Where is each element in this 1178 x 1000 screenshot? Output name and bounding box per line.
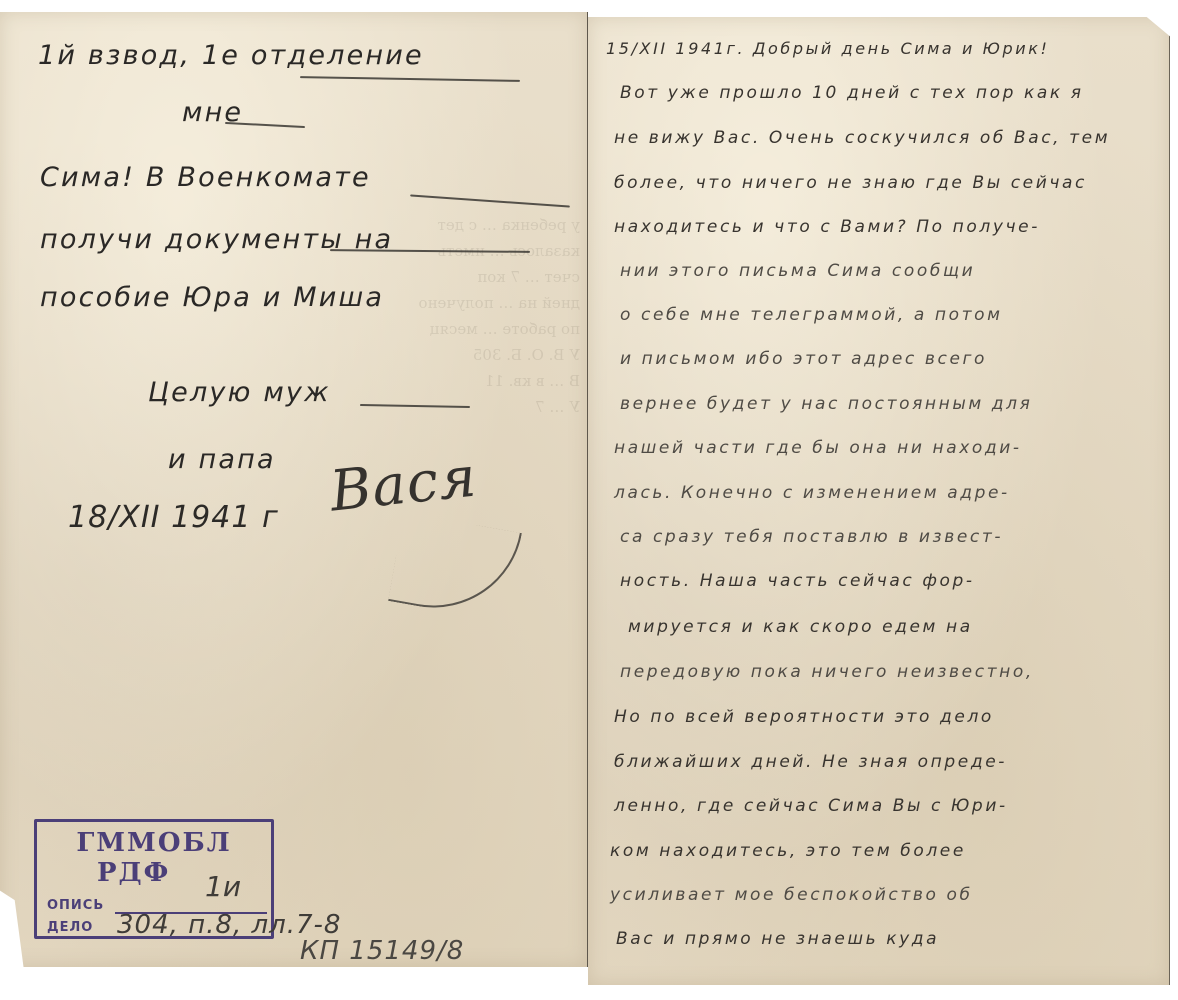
letter-line: передовую пока ничего неизвестно,	[620, 662, 1034, 682]
letter-line: нашей части где бы она ни находи-	[614, 438, 1022, 458]
letter-line: не вижу Вас. Очень соскучился об Вас, те…	[614, 128, 1110, 148]
left-date: 18/XII 1941 г	[68, 500, 279, 535]
signature-flourish	[388, 512, 522, 621]
letter-line: и письмом ибо этот адрес всего	[620, 349, 987, 369]
letter-line: ближайших дней. Не зная опреде-	[614, 752, 1007, 772]
archive-stamp: ГММОБЛ РДФ 1и ОПИСЬ ДЕЛО 304, п.8, лл.7-…	[34, 819, 274, 939]
letter-line: Вот уже прошло 10 дней с тех пор как я	[620, 83, 1084, 103]
letter-line: ность. Наша часть сейчас фор-	[620, 571, 975, 591]
underline-stroke	[300, 76, 520, 82]
left-line-kisses: Целую муж	[148, 377, 331, 408]
stamp-org: ГММОБЛ	[37, 828, 271, 858]
left-line-allowance: пособие Юра и Миша	[40, 282, 384, 313]
stamp-opis-value: 1и	[205, 870, 241, 903]
letter-line: усиливает мое беспокойство об	[610, 885, 973, 905]
right-page: 15/XII 1941г. Добрый день Сима и Юрик! В…	[588, 17, 1170, 985]
letter-line: находитесь и что с Вами? По получе-	[614, 217, 1040, 237]
right-header: 15/XII 1941г. Добрый день Сима и Юрик!	[606, 39, 1050, 58]
left-line-sima: Сима! В Военкомате	[40, 162, 371, 193]
inventory-number: КП 15149/8	[300, 936, 464, 966]
letter-line: нии этого письма Сима сообщи	[620, 261, 975, 281]
letter-line: вернее будет у нас постоянным для	[620, 394, 1032, 414]
underline-stroke	[410, 194, 570, 207]
letter-line: Вас и прямо не знаешь куда	[616, 929, 939, 949]
letter-line: о себе мне телеграммой, а потом	[620, 305, 1003, 325]
stamp-delo-label: ДЕЛО	[47, 920, 93, 935]
letter-line: лась. Конечно с изменением адре-	[614, 483, 1010, 503]
letter-line: ком находитесь, это тем более	[610, 841, 966, 861]
letter-line: более, что ничего не знаю где Вы сейчас	[614, 173, 1087, 193]
left-line-platoon: 1й взвод, 1е отделение	[38, 40, 424, 71]
letter-line: Но по всей вероятности это дело	[614, 707, 994, 727]
letter-line: ленно, где сейчас Сима Вы с Юри-	[614, 796, 1008, 816]
underline-stroke	[360, 404, 470, 408]
letter-line: са сразу тебя поставлю в извест-	[620, 527, 1003, 547]
letter-line: мируется и как скоро едем на	[628, 617, 973, 637]
left-line-papa: и папа	[168, 444, 276, 475]
stamp-opis-label: ОПИСЬ	[47, 898, 104, 913]
stamp-fund: РДФ	[97, 858, 170, 888]
